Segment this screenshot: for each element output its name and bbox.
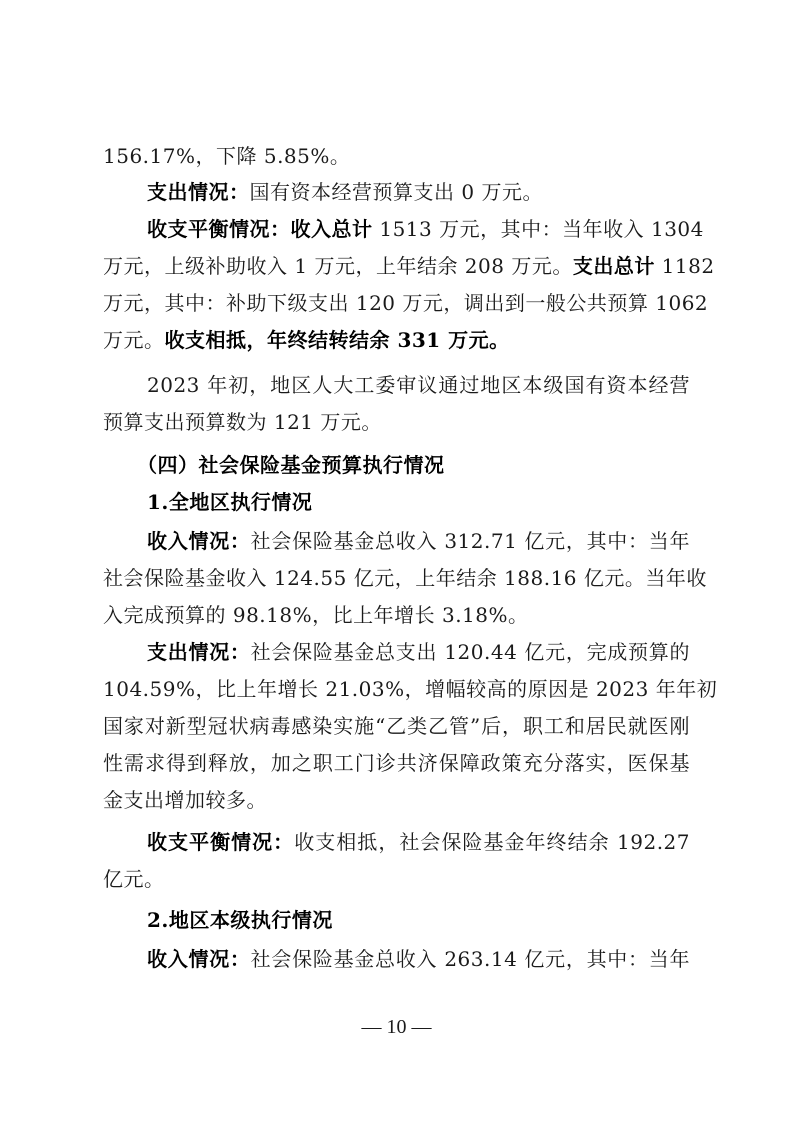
subsection-heading-text: 1.全地区执行情况 bbox=[147, 490, 312, 514]
label-revenue: 收入情况： bbox=[147, 529, 251, 553]
text-run: 国有资本经营预算支出 0 万元。 bbox=[250, 180, 543, 204]
text-line: 金支出增加较多。 bbox=[103, 782, 690, 818]
text-line: 入完成预算的 98.18%，比上年增长 3.18%。 bbox=[103, 597, 690, 633]
text-run: 1182 bbox=[655, 254, 715, 278]
document-page: 156.17%，下降 5.85%。 支出情况：国有资本经营预算支出 0 万元。 … bbox=[0, 0, 793, 1122]
text-line: 收支平衡情况：收支相抵，社会保险基金年终结余 192.27 bbox=[147, 824, 690, 860]
text-line: 万元，上级补助收入 1 万元，上年结余 208 万元。支出总计 1182 bbox=[103, 248, 690, 284]
bold-summary: 收支相抵，年终结转结余 331 万元。 bbox=[165, 328, 510, 352]
text-line: 104.59%，比上年增长 21.03%，增幅较高的原因是 2023 年年初 bbox=[103, 671, 690, 707]
text-line: 支出情况：社会保险基金总支出 120.44 亿元，完成预算的 bbox=[147, 634, 690, 670]
text-run: 社会保险基金总收入 312.71 亿元，其中：当年 bbox=[251, 529, 690, 553]
text-run: 社会保险基金收入 124.55 亿元，上年结余 188.16 亿元。当年收 bbox=[103, 566, 707, 590]
text-line: 2023 年初，地区人大工委审议通过地区本级国有资本经营 bbox=[147, 367, 690, 403]
subsection-heading-text: 2.地区本级执行情况 bbox=[147, 908, 333, 932]
text-run: 预算支出预算数为 121 万元。 bbox=[103, 410, 382, 434]
label-balance: 收支平衡情况：收入总计 bbox=[147, 217, 373, 241]
text-run: 2023 年初，地区人大工委审议通过地区本级国有资本经营 bbox=[147, 373, 690, 397]
text-run: 社会保险基金总收入 263.14 亿元，其中：当年 bbox=[251, 947, 690, 971]
text-line: 性需求得到释放，加之职工门诊共济保障政策充分落实，医保基 bbox=[103, 745, 690, 781]
text-line: 亿元。 bbox=[103, 861, 690, 897]
text-run: 104.59%，比上年增长 21.03%，增幅较高的原因是 2023 年年初 bbox=[103, 677, 717, 701]
text-run: 社会保险基金总支出 120.44 亿元，完成预算的 bbox=[251, 640, 690, 664]
text-run: 万元，其中：补助下级支出 120 万元，调出到一般公共预算 1062 bbox=[103, 291, 708, 315]
text-run: 156.17%，下降 5.85%。 bbox=[103, 144, 350, 168]
text-run: 性需求得到释放，加之职工门诊共济保障政策充分落实，医保基 bbox=[103, 751, 690, 775]
text-run: 万元。 bbox=[103, 328, 165, 352]
text-line: 预算支出预算数为 121 万元。 bbox=[103, 404, 690, 440]
label-expenditure: 支出情况： bbox=[147, 640, 251, 664]
section-heading-text: （四）社会保险基金预算执行情况 bbox=[137, 453, 445, 477]
text-run: 万元，上级补助收入 1 万元，上年结余 208 万元。 bbox=[103, 254, 573, 278]
section-heading: （四）社会保险基金预算执行情况 bbox=[137, 447, 680, 483]
label-revenue: 收入情况： bbox=[147, 947, 251, 971]
text-line: 收入情况：社会保险基金总收入 312.71 亿元，其中：当年 bbox=[147, 523, 690, 559]
text-line: 社会保险基金收入 124.55 亿元，上年结余 188.16 亿元。当年收 bbox=[103, 560, 690, 596]
text-run: 入完成预算的 98.18%，比上年增长 3.18%。 bbox=[103, 603, 529, 627]
label-total-expenditure: 支出总计 bbox=[573, 254, 655, 278]
text-run: 收支相抵，社会保险基金年终结余 192.27 bbox=[294, 830, 690, 854]
text-line: 支出情况：国有资本经营预算支出 0 万元。 bbox=[147, 174, 690, 210]
text-line: 156.17%，下降 5.85%。 bbox=[103, 138, 690, 174]
label-expenditure: 支出情况： bbox=[147, 180, 250, 204]
text-line: 万元。收支相抵，年终结转结余 331 万元。 bbox=[103, 322, 690, 358]
subsection-heading: 2.地区本级执行情况 bbox=[147, 902, 690, 938]
page-number: — 10 — bbox=[0, 1016, 793, 1039]
text-line: 万元，其中：补助下级支出 120 万元，调出到一般公共预算 1062 bbox=[103, 285, 690, 321]
text-run: 亿元。 bbox=[103, 867, 165, 891]
subsection-heading: 1.全地区执行情况 bbox=[147, 484, 690, 520]
text-run: 国家对新型冠状病毒感染实施“乙类乙管”后，职工和居民就医刚 bbox=[103, 714, 690, 738]
text-line: 收入情况：社会保险基金总收入 263.14 亿元，其中：当年 bbox=[147, 941, 690, 977]
text-line: 国家对新型冠状病毒感染实施“乙类乙管”后，职工和居民就医刚 bbox=[103, 708, 690, 744]
text-run: 金支出增加较多。 bbox=[103, 788, 267, 812]
text-line: 收支平衡情况：收入总计 1513 万元，其中：当年收入 1304 bbox=[147, 211, 690, 247]
text-run: 1513 万元，其中：当年收入 1304 bbox=[373, 217, 704, 241]
label-balance: 收支平衡情况： bbox=[147, 830, 294, 854]
